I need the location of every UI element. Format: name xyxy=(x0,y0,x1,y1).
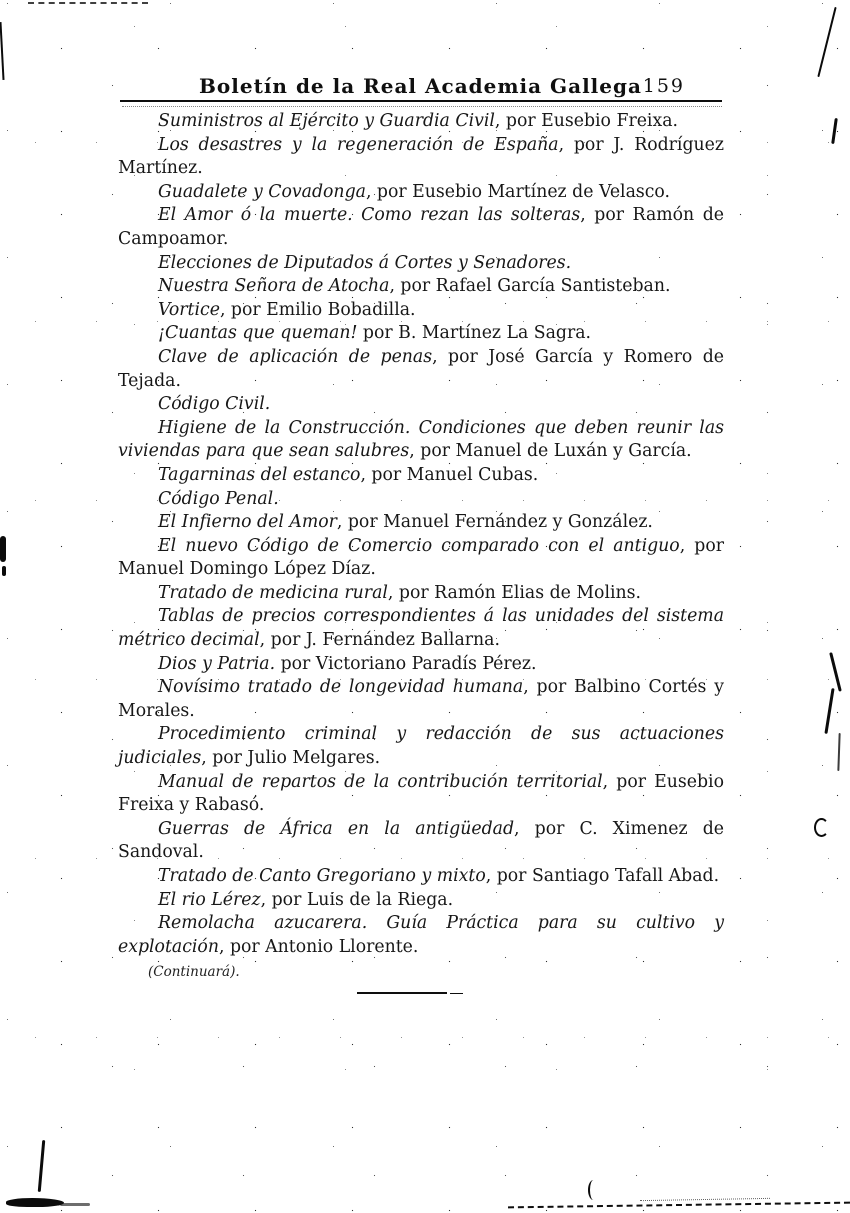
bibliography-entry: Higiene de la Construcción. Condiciones … xyxy=(118,417,724,464)
bibliography-entry: El rio Lérez, por Luis de la Riega. xyxy=(118,889,724,913)
entry-title: Código Civil. xyxy=(158,394,270,414)
bibliography-entry: El nuevo Código de Comercio comparado co… xyxy=(118,535,724,582)
bibliography-entry: Guadalete y Covadonga, por Eusebio Martí… xyxy=(118,181,724,205)
entry-title: El Amor ó la muerte. Como rezan las solt… xyxy=(158,205,580,225)
entry-author: , por Eusebio Martínez de Velasco. xyxy=(366,182,670,202)
entry-title: Código Penal. xyxy=(158,489,279,509)
scanned-page: Boletín de la Real Academia Gallega 159 … xyxy=(0,0,850,1213)
entry-author: , por Emilio Bobadilla. xyxy=(220,300,416,320)
bibliography-entry: Clave de aplicación de penas, por José G… xyxy=(118,346,724,393)
entry-title: Guadalete y Covadonga xyxy=(158,182,366,202)
entry-author: , por Santiago Tafall Abad. xyxy=(486,866,719,886)
scan-artifact xyxy=(60,1203,90,1206)
bibliography-entry: Código Civil. xyxy=(118,393,724,417)
entry-author: , por Luis de la Riega. xyxy=(261,890,453,910)
scan-artifact xyxy=(2,566,6,576)
entry-author: por Victoriano Paradís Pérez. xyxy=(275,654,536,674)
entry-author: por B. Martínez La Sagra. xyxy=(357,323,591,343)
scan-artifact xyxy=(588,1180,599,1200)
bibliography-entry: Elecciones de Diputados á Cortes y Senad… xyxy=(118,252,724,276)
bibliography-entry: Remolacha azucarera. Guía Práctica para … xyxy=(118,912,724,959)
entry-title: El Infierno del Amor xyxy=(158,512,337,532)
entry-title: Tagarninas del estanco xyxy=(158,465,360,485)
divider-segment xyxy=(450,993,463,994)
scan-artifact xyxy=(829,652,841,691)
entry-title: Remolacha azucarera. Guía Práctica para … xyxy=(118,913,724,957)
entry-author: , por Antonio Llorente. xyxy=(219,937,418,957)
bibliography-entry: Nuestra Señora de Atocha, por Rafael Gar… xyxy=(118,275,724,299)
entry-title: El nuevo Código de Comercio comparado co… xyxy=(158,536,680,556)
entry-author: , por Manuel de Luxán y García. xyxy=(409,441,691,461)
scan-artifact xyxy=(837,733,840,771)
bibliography-entry: Procedimiento criminal y redacción de su… xyxy=(118,723,724,770)
scan-artifact xyxy=(831,118,838,144)
bibliography-entry: Vortice, por Emilio Bobadilla. xyxy=(118,299,724,323)
page-number: 159 xyxy=(643,75,685,97)
header-rule-shadow xyxy=(122,106,722,107)
entry-title: Novísimo tratado de longevidad humana xyxy=(158,677,523,697)
scan-artifact xyxy=(38,1140,46,1192)
bibliography-entry: ¡Cuantas que queman! por B. Martínez La … xyxy=(118,322,724,346)
bibliography-entry: Los desastres y la regeneración de Españ… xyxy=(118,134,724,181)
section-divider xyxy=(357,992,463,995)
continuation-note: (Continuará). xyxy=(118,963,724,981)
bibliography-entry: Suministros al Ejército y Guardia Civil,… xyxy=(118,110,724,134)
bibliography-entry: Guerras de África en la antigüedad, por … xyxy=(118,818,724,865)
bibliography-entry: El Amor ó la muerte. Como rezan las solt… xyxy=(118,204,724,251)
entry-title: Los desastres y la regeneración de Españ… xyxy=(158,135,559,155)
bibliography-list: Suministros al Ejército y Guardia Civil,… xyxy=(118,110,724,981)
entry-title: Elecciones de Diputados á Cortes y Senad… xyxy=(158,253,571,273)
scan-artifact xyxy=(824,688,834,734)
entry-title: ¡Cuantas que queman! xyxy=(158,323,357,343)
entry-author: , por Eusebio Freixa. xyxy=(495,111,678,131)
entry-title: Guerras de África en la antigüedad xyxy=(158,819,514,839)
divider-segment xyxy=(357,992,447,994)
scan-artifact xyxy=(814,818,829,837)
entry-author: , por Julio Melgares. xyxy=(201,748,380,768)
entry-title: El rio Lérez xyxy=(158,890,261,910)
scan-artifact xyxy=(0,22,5,80)
entry-title: Nuestra Señora de Atocha xyxy=(158,276,389,296)
bibliography-entry: Tagarninas del estanco, por Manuel Cubas… xyxy=(118,464,724,488)
bibliography-entry: El Infierno del Amor, por Manuel Fernánd… xyxy=(118,511,724,535)
bibliography-entry: Manual de repartos de la contribución te… xyxy=(118,771,724,818)
entry-author: , por Ramón Elias de Molins. xyxy=(388,583,641,603)
header-rule xyxy=(120,100,722,102)
bibliography-entry: Código Penal. xyxy=(118,488,724,512)
entry-title: Vortice xyxy=(158,300,220,320)
scan-artifact xyxy=(0,536,6,562)
entry-title: Clave de aplicación de penas xyxy=(158,347,432,367)
journal-title: Boletín de la Real Academia Gallega xyxy=(118,74,723,98)
entry-author: , por J. Fernández Ballarna. xyxy=(260,630,500,650)
page-header: Boletín de la Real Academia Gallega 159 xyxy=(118,74,723,98)
bibliography-entry: Dios y Patria. por Victoriano Paradís Pé… xyxy=(118,653,724,677)
entry-title: Tratado de medicina rural xyxy=(158,583,388,603)
entry-title: Suministros al Ejército y Guardia Civil xyxy=(158,111,495,131)
scan-artifact xyxy=(817,7,836,77)
bibliography-entry: Tratado de medicina rural, por Ramón Eli… xyxy=(118,582,724,606)
entry-author: , por Manuel Cubas. xyxy=(360,465,538,485)
scan-artifact xyxy=(28,2,148,4)
bibliography-entry: Tablas de precios correspondientes á las… xyxy=(118,605,724,652)
entry-title: Manual de repartos de la contribución te… xyxy=(158,772,603,792)
bibliography-entry: Tratado de Canto Gregoriano y mixto, por… xyxy=(118,865,724,889)
entry-title: Dios y Patria. xyxy=(158,654,275,674)
entry-author: , por Manuel Fernández y González. xyxy=(337,512,653,532)
bibliography-entry: Novísimo tratado de longevidad humana, p… xyxy=(118,676,724,723)
entry-title: Tratado de Canto Gregoriano y mixto xyxy=(158,866,486,886)
entry-author: , por Rafael García Santisteban. xyxy=(389,276,670,296)
scan-artifact xyxy=(6,1198,64,1207)
scan-artifact xyxy=(508,1202,850,1209)
scan-artifact xyxy=(640,1198,770,1201)
